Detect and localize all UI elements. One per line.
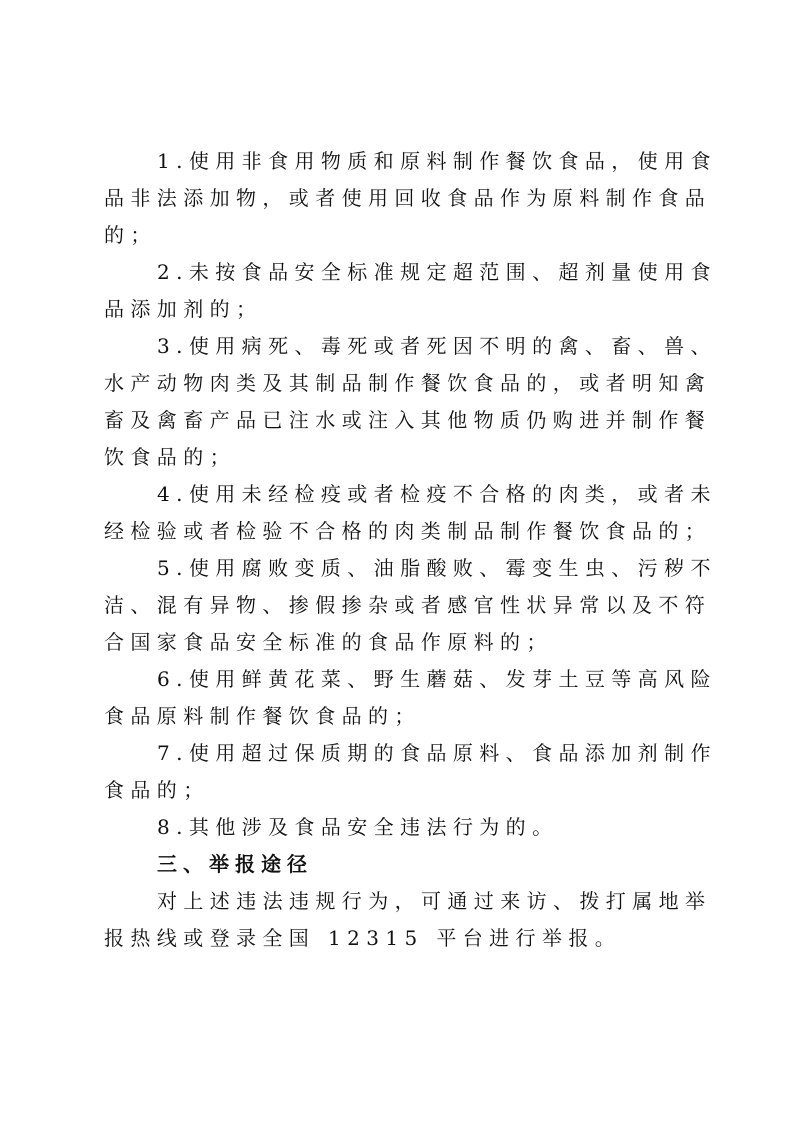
list-item-3-line-2: 水产动物肉类及其制品制作餐饮食品的，或者明知禽: [104, 365, 686, 402]
list-item-2: 2.未按食品安全标准规定超范围、超剂量使用食 品添加剂的；: [104, 254, 686, 328]
list-item-2-line-2: 品添加剂的；: [104, 291, 686, 328]
list-item-8-line-1: 8.其他涉及食品安全违法行为的。: [104, 809, 686, 846]
list-item-2-line-1: 2.未按食品安全标准规定超范围、超剂量使用食: [104, 254, 686, 291]
list-item-4: 4.使用未经检疫或者检疫不合格的肉类，或者未 经检验或者检验不合格的肉类制品制作…: [104, 476, 686, 550]
report-paragraph-line-1: 对上述违法违规行为，可通过来访、拨打属地举: [104, 883, 686, 920]
list-item-3-line-4: 饮食品的；: [104, 439, 686, 476]
list-item-1: 1.使用非食用物质和原料制作餐饮食品，使用食 品非法添加物，或者使用回收食品作为…: [104, 143, 686, 254]
list-item-1-line-2: 品非法添加物，或者使用回收食品作为原料制作食品: [104, 180, 686, 217]
report-paragraph-line-2: 报热线或登录全国 12315 平台进行举报。: [104, 920, 686, 957]
list-item-5-line-2: 洁、混有异物、掺假掺杂或者感官性状异常以及不符: [104, 587, 686, 624]
list-item-7: 7.使用超过保质期的食品原料、食品添加剂制作 食品的；: [104, 735, 686, 809]
list-item-6-line-1: 6.使用鲜黄花菜、野生蘑菇、发芽土豆等高风险: [104, 661, 686, 698]
list-item-3-line-3: 畜及禽畜产品已注水或注入其他物质仍购进并制作餐: [104, 402, 686, 439]
list-item-1-line-3: 的；: [104, 217, 686, 254]
list-item-5: 5.使用腐败变质、油脂酸败、霉变生虫、污秽不 洁、混有异物、掺假掺杂或者感官性状…: [104, 550, 686, 661]
list-item-5-line-3: 合国家食品安全标准的食品作原料的；: [104, 624, 686, 661]
list-item-4-line-2: 经检验或者检验不合格的肉类制品制作餐饮食品的；: [104, 513, 686, 550]
list-item-7-line-1: 7.使用超过保质期的食品原料、食品添加剂制作: [104, 735, 686, 772]
list-item-1-line-1: 1.使用非食用物质和原料制作餐饮食品，使用食: [104, 143, 686, 180]
list-item-7-line-2: 食品的；: [104, 772, 686, 809]
document-page: 1.使用非食用物质和原料制作餐饮食品，使用食 品非法添加物，或者使用回收食品作为…: [104, 143, 686, 957]
list-item-3: 3.使用病死、毒死或者死因不明的禽、畜、兽、 水产动物肉类及其制品制作餐饮食品的…: [104, 328, 686, 476]
list-item-8: 8.其他涉及食品安全违法行为的。: [104, 809, 686, 846]
list-item-3-line-1: 3.使用病死、毒死或者死因不明的禽、畜、兽、: [104, 328, 686, 365]
list-item-4-line-1: 4.使用未经检疫或者检疫不合格的肉类，或者未: [104, 476, 686, 513]
list-item-6: 6.使用鲜黄花菜、野生蘑菇、发芽土豆等高风险 食品原料制作餐饮食品的；: [104, 661, 686, 735]
section-heading: 三、举报途径: [104, 846, 686, 883]
list-item-5-line-1: 5.使用腐败变质、油脂酸败、霉变生虫、污秽不: [104, 550, 686, 587]
report-paragraph: 对上述违法违规行为，可通过来访、拨打属地举 报热线或登录全国 12315 平台进…: [104, 883, 686, 957]
list-item-6-line-2: 食品原料制作餐饮食品的；: [104, 698, 686, 735]
